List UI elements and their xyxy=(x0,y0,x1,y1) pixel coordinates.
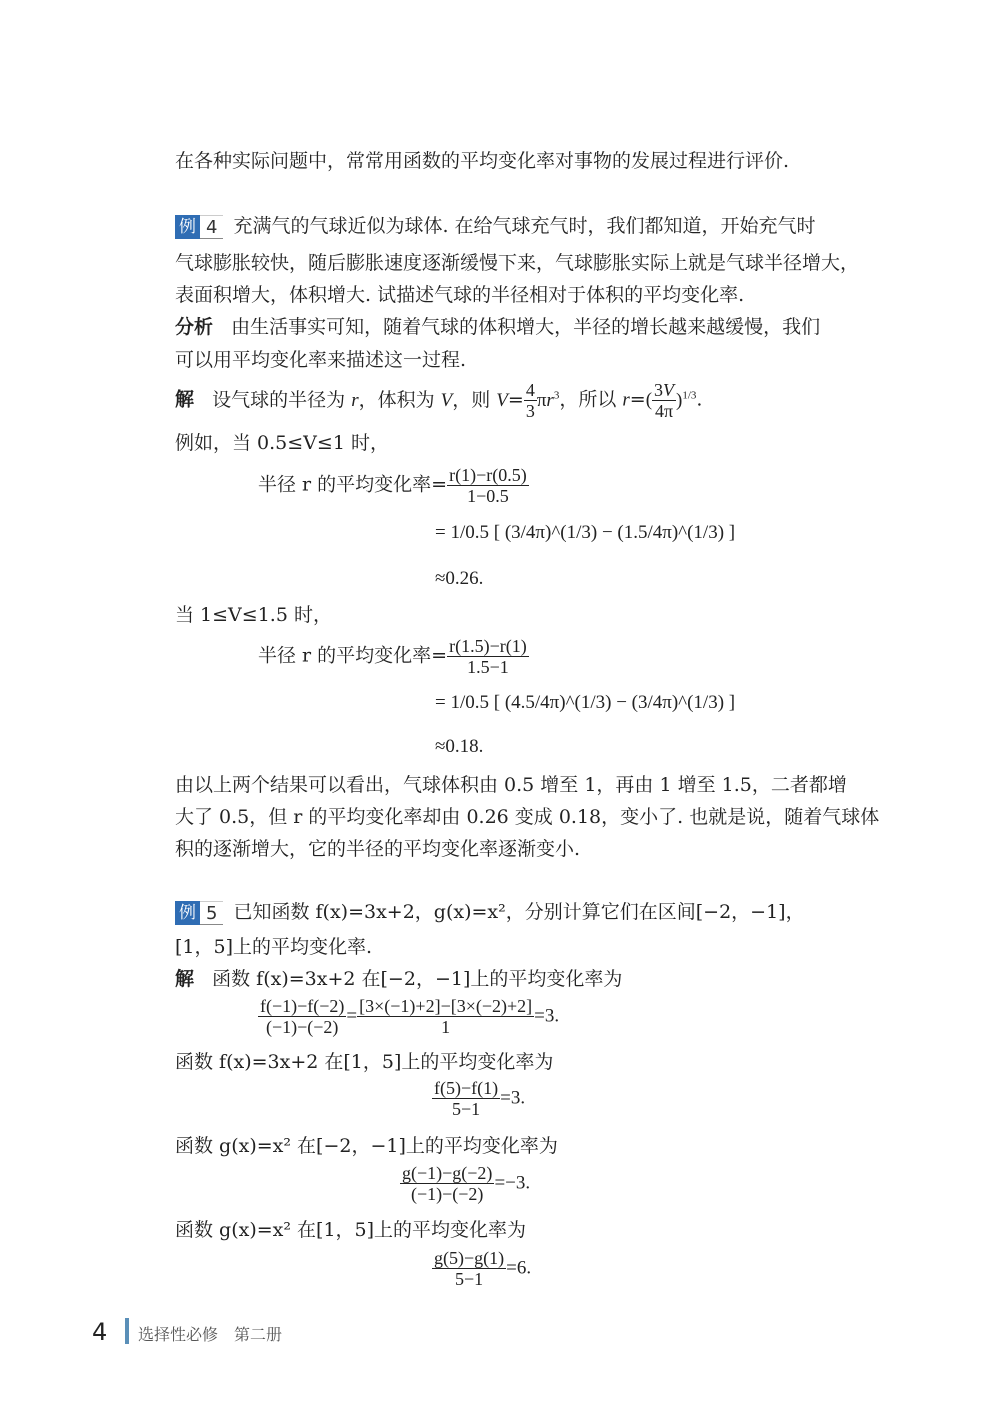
analysis-line-1: 分析 由生活事实可知，随着气球的体积增大，半径的增长越来越缓慢，我们 xyxy=(175,312,820,339)
case-2-intro: 当 1≤V≤1.5 时， xyxy=(175,600,332,627)
solution-line: 解 设气球的半径为 r，体积为 V，则 V=43πr3，所以 r=(3V4π)1… xyxy=(175,380,702,421)
case-2-result: ≈0.18. xyxy=(435,736,483,758)
case-1-result: ≈0.26. xyxy=(435,568,483,590)
conclusion-line-3: 积的逐渐增大，它的半径的平均变化率逐渐变小. xyxy=(175,834,580,861)
case-1-equation: 半径 r 的平均变化率=r(1)−r(0.5)1−0.5 xyxy=(258,465,529,506)
analysis-line-2: 可以用平均变化率来描述这一过程. xyxy=(175,345,466,372)
ex5-item-4-intro: 函数 g(x)=x² 在[1，5]上的平均变化率为 xyxy=(175,1215,526,1242)
case-1-step-2: = 1/0.5 [ (3/4π)^(1/3) − (1.5/4π)^(1/3) … xyxy=(435,522,735,544)
ex5-item-4-equation: g(5)−g(1)5−1=6. xyxy=(432,1248,531,1289)
example-4-line-2: 气球膨胀较快，随后膨胀速度逐渐缓慢下来，气球膨胀实际上就是气球半径增大， xyxy=(175,248,859,275)
example-5-tag: 例 5 xyxy=(175,901,223,925)
intro-paragraph: 在各种实际问题中，常常用函数的平均变化率对事物的发展过程进行评价. xyxy=(175,146,789,173)
case-2-step-2: = 1/0.5 [ (4.5/4π)^(1/3) − (3/4π)^(1/3) … xyxy=(435,692,735,714)
example-4-tag: 例 4 xyxy=(175,215,223,239)
ex5-item-2-equation: f(5)−f(1)5−1=3. xyxy=(432,1078,525,1119)
case-2-equation: 半径 r 的平均变化率=r(1.5)−r(1)1.5−1 xyxy=(258,636,529,677)
solution-label: 解 xyxy=(175,389,194,411)
ex5-item-3-equation: g(−1)−g(−2)(−1)−(−2)=−3. xyxy=(400,1163,530,1204)
ex5-item-3-intro: 函数 g(x)=x² 在[−2，−1]上的平均变化率为 xyxy=(175,1131,558,1158)
example-4-line-3: 表面积增大，体积增大. 试描述气球的半径相对于体积的平均变化率. xyxy=(175,280,744,307)
conclusion-line-2: 大了 0.5，但 r 的平均变化率却由 0.26 变成 0.18，变小了. 也就… xyxy=(175,802,879,829)
example-4-line-1: 例 4 充满气的气球近似为球体. 在给气球充气时，我们都知道，开始充气时 xyxy=(175,211,816,239)
footer-divider xyxy=(125,1318,129,1344)
case-1-intro: 例如，当 0.5≤V≤1 时， xyxy=(175,428,389,455)
solution-label: 解 xyxy=(175,968,194,990)
example-5-line-2: [1，5]上的平均变化率. xyxy=(175,932,372,959)
example-5-line-1: 例 5 已知函数 f(x)=3x+2，g(x)=x²，分别计算它们在区间[−2，… xyxy=(175,897,805,925)
book-title: 选择性必修 第二册 xyxy=(138,1322,282,1345)
analysis-label: 分析 xyxy=(175,316,213,338)
page-number: 4 xyxy=(92,1318,107,1346)
ex5-item-2-intro: 函数 f(x)=3x+2 在[1，5]上的平均变化率为 xyxy=(175,1047,553,1074)
ex5-item-1-equation: f(−1)−f(−2)(−1)−(−2)=[3×(−1)+2]−[3×(−2)+… xyxy=(258,996,559,1037)
ex5-item-1-intro: 解 函数 f(x)=3x+2 在[−2，−1]上的平均变化率为 xyxy=(175,964,622,991)
conclusion-line-1: 由以上两个结果可以看出，气球体积由 0.5 增至 1，再由 1 增至 1.5，二… xyxy=(175,770,847,797)
